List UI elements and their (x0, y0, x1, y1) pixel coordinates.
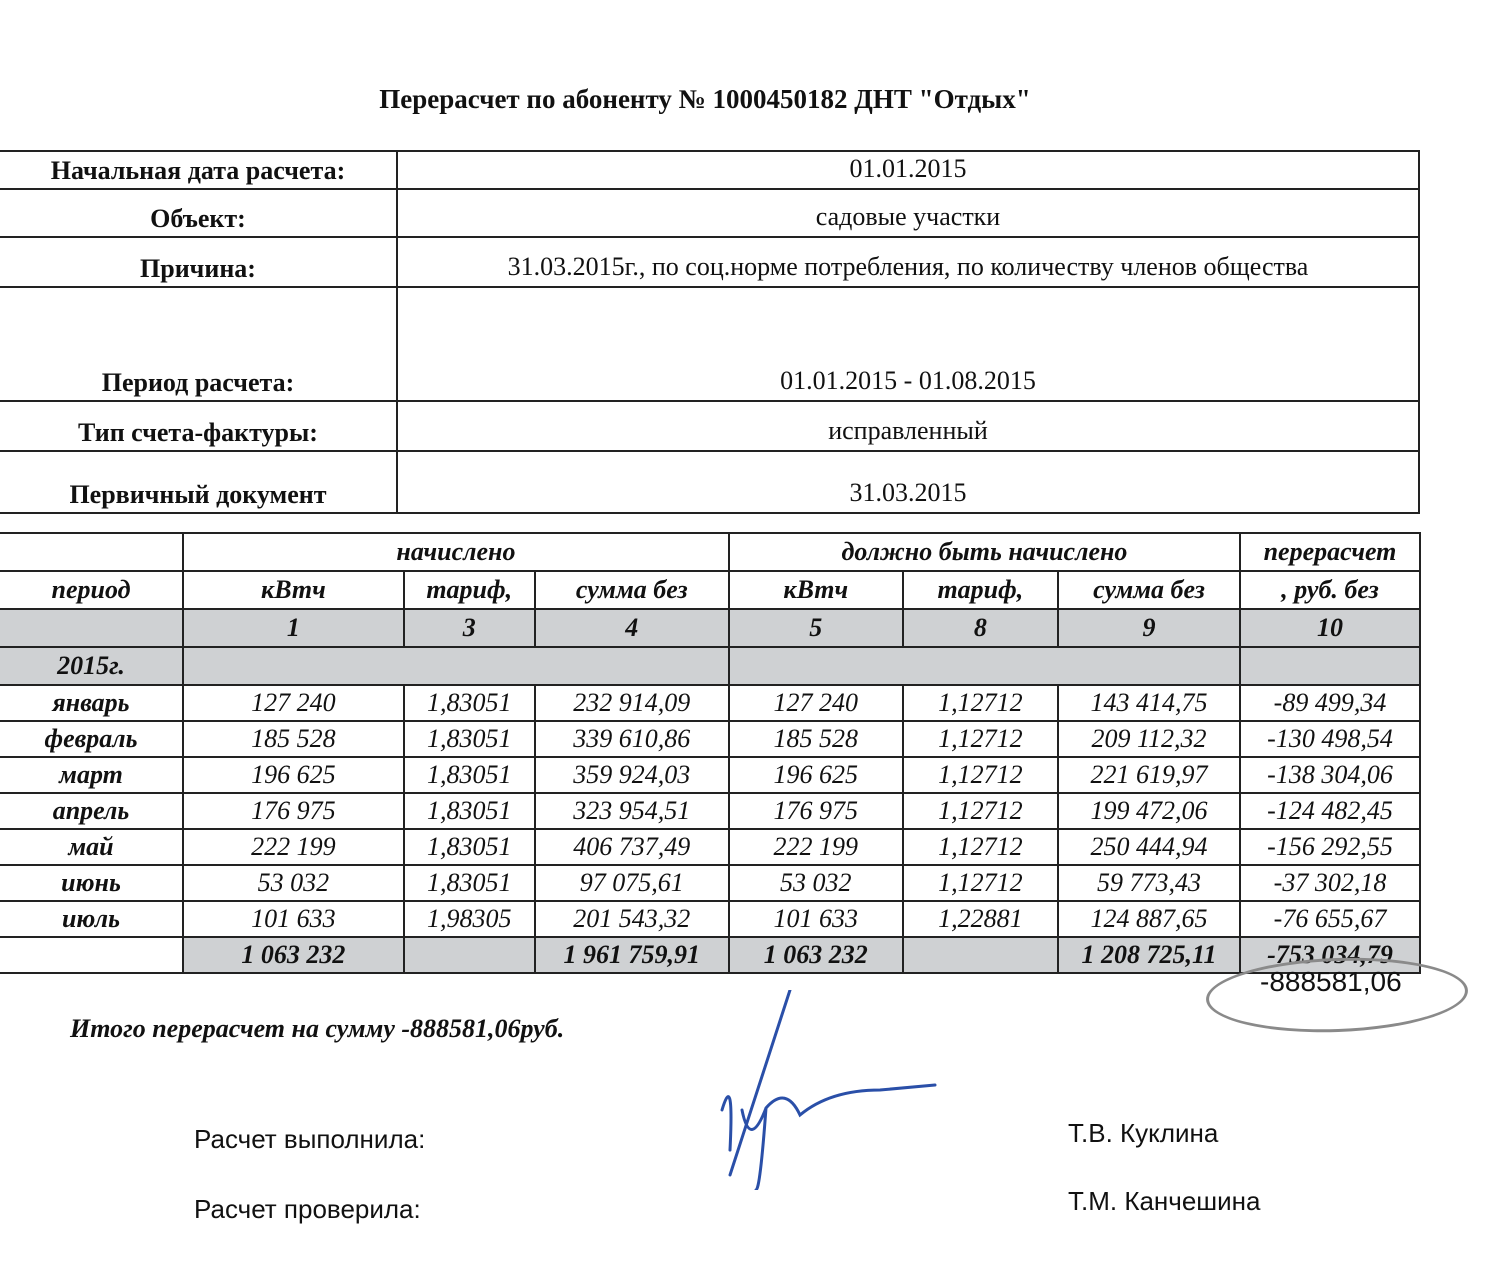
year-label: 2015г. (0, 647, 183, 685)
header-empty (0, 533, 183, 571)
cell-tariff2: 1,22881 (903, 901, 1058, 937)
cell-sum: 323 954,51 (535, 793, 729, 829)
header-recalc-unit: , руб. без (1240, 571, 1420, 609)
cell-tariff2: 1,12712 (903, 721, 1058, 757)
year-row: 2015г. (0, 647, 1420, 685)
cell-recalc: -156 292,55 (1240, 829, 1420, 865)
row-period: май (0, 829, 183, 865)
cell-tariff2: 1,12712 (903, 865, 1058, 901)
table-row: май222 1991,83051406 737,49222 1991,1271… (0, 829, 1420, 865)
cell-recalc: -130 498,54 (1240, 721, 1420, 757)
cell-kwh: 53 032 (183, 865, 404, 901)
cell-sum: 201 543,32 (535, 901, 729, 937)
cell-recalc: -124 482,45 (1240, 793, 1420, 829)
info-table: Начальная дата расчета: 01.01.2015 Объек… (0, 150, 1420, 514)
header-kwh: кВтч (183, 571, 404, 609)
table-row: июнь53 0321,8305197 075,6153 0321,127125… (0, 865, 1420, 901)
cell-sum2: 199 472,06 (1058, 793, 1240, 829)
year-filler (729, 647, 1240, 685)
info-label: Тип счета-фактуры: (0, 401, 397, 451)
column-number: 8 (903, 609, 1058, 647)
cell-tariff: 1,83051 (404, 829, 535, 865)
info-value: 01.01.2015 (397, 151, 1419, 189)
row-period: апрель (0, 793, 183, 829)
column-number: 4 (535, 609, 729, 647)
row-period: июль (0, 901, 183, 937)
cell-kwh: 185 528 (183, 721, 404, 757)
header-period: период (0, 571, 183, 609)
cell-kwh2: 222 199 (729, 829, 903, 865)
cell-sum: 232 914,09 (535, 685, 729, 721)
header-charged: начислено (183, 533, 729, 571)
cell-kwh2: 101 633 (729, 901, 903, 937)
cell-sum: 359 924,03 (535, 757, 729, 793)
cell-sum2: 209 112,32 (1058, 721, 1240, 757)
header-recalc: перерасчет (1240, 533, 1420, 571)
cell-kwh: 176 975 (183, 793, 404, 829)
column-number: 1 (183, 609, 404, 647)
cell-tariff: 1,83051 (404, 865, 535, 901)
cell-tariff2: 1,12712 (903, 757, 1058, 793)
info-row-object: Объект: садовые участки (0, 189, 1419, 237)
cell-sum2: 143 414,75 (1058, 685, 1240, 721)
column-number: 5 (729, 609, 903, 647)
header-column-row: период кВтч тариф, сумма без кВтч тариф,… (0, 571, 1420, 609)
cell-tariff2: 1,12712 (903, 685, 1058, 721)
header-should-be-charged: должно быть начислено (729, 533, 1240, 571)
header-tariff: тариф, (404, 571, 535, 609)
info-row-invoice-type: Тип счета-фактуры: исправленный (0, 401, 1419, 451)
table-row: март196 6251,83051359 924,03196 6251,127… (0, 757, 1420, 793)
cell-kwh: 101 633 (183, 901, 404, 937)
table-row: июль101 6331,98305201 543,32101 6331,228… (0, 901, 1420, 937)
table-row: февраль185 5281,83051339 610,86185 5281,… (0, 721, 1420, 757)
info-row-start-date: Начальная дата расчета: 01.01.2015 (0, 151, 1419, 189)
cell-tariff: 1,83051 (404, 685, 535, 721)
signature-icon (690, 990, 950, 1190)
table-row: январь127 2401,83051232 914,09127 2401,1… (0, 685, 1420, 721)
summary-total: Итого перерасчет на сумму -888581,06руб. (70, 1014, 564, 1044)
total-tariff-empty (404, 937, 535, 973)
total-kwh2: 1 063 232 (729, 937, 903, 973)
table-row: апрель176 9751,83051323 954,51176 9751,1… (0, 793, 1420, 829)
cell-kwh2: 127 240 (729, 685, 903, 721)
cell-sum2: 124 887,65 (1058, 901, 1240, 937)
cell-tariff: 1,98305 (404, 901, 535, 937)
info-value: 31.03.2015г., по соц.норме потребления, … (397, 237, 1419, 287)
info-value: 01.01.2015 - 01.08.2015 (397, 287, 1419, 401)
cell-recalc: -76 655,67 (1240, 901, 1420, 937)
signature-label-performed: Расчет выполнила: (194, 1124, 425, 1155)
cell-tariff: 1,83051 (404, 757, 535, 793)
cell-sum: 97 075,61 (535, 865, 729, 901)
cell-tariff2: 1,12712 (903, 793, 1058, 829)
info-row-reason: Причина: 31.03.2015г., по соц.норме потр… (0, 237, 1419, 287)
info-label: Причина: (0, 237, 397, 287)
column-number: 3 (404, 609, 535, 647)
cell-sum: 406 737,49 (535, 829, 729, 865)
year-filler (183, 647, 729, 685)
year-filler (1240, 647, 1420, 685)
signature-label-checked: Расчет проверила: (194, 1194, 421, 1225)
header-sum2: сумма без (1058, 571, 1240, 609)
column-number: 10 (1240, 609, 1420, 647)
total-kwh: 1 063 232 (183, 937, 404, 973)
column-number-empty (0, 609, 183, 647)
row-period: март (0, 757, 183, 793)
column-number: 9 (1058, 609, 1240, 647)
totals-label (0, 937, 183, 973)
column-number-row: 1 3 4 5 8 9 10 (0, 609, 1420, 647)
cell-kwh: 222 199 (183, 829, 404, 865)
recalc-table: начислено должно быть начислено перерасч… (0, 532, 1421, 974)
document-title: Перерасчет по абоненту № 1000450182 ДНТ … (0, 84, 1410, 115)
cell-kwh: 196 625 (183, 757, 404, 793)
cell-sum2: 59 773,43 (1058, 865, 1240, 901)
info-label: Первичный документ (0, 451, 397, 513)
header-kwh2: кВтч (729, 571, 903, 609)
info-row-period: Период расчета: 01.01.2015 - 01.08.2015 (0, 287, 1419, 401)
cell-sum2: 250 444,94 (1058, 829, 1240, 865)
cell-tariff2: 1,12712 (903, 829, 1058, 865)
cell-kwh2: 176 975 (729, 793, 903, 829)
total-sum: 1 961 759,91 (535, 937, 729, 973)
cell-kwh2: 185 528 (729, 721, 903, 757)
cell-kwh: 127 240 (183, 685, 404, 721)
cell-tariff: 1,83051 (404, 721, 535, 757)
signature-name-checked: Т.М. Канчешина (1068, 1186, 1261, 1217)
info-value: садовые участки (397, 189, 1419, 237)
cell-tariff: 1,83051 (404, 793, 535, 829)
handwritten-total: -888581,06 (1260, 966, 1402, 998)
cell-sum2: 221 619,97 (1058, 757, 1240, 793)
cell-sum: 339 610,86 (535, 721, 729, 757)
info-value: исправленный (397, 401, 1419, 451)
total-tariff2-empty (903, 937, 1058, 973)
row-period: февраль (0, 721, 183, 757)
info-label: Объект: (0, 189, 397, 237)
info-label: Начальная дата расчета: (0, 151, 397, 189)
cell-recalc: -138 304,06 (1240, 757, 1420, 793)
row-period: январь (0, 685, 183, 721)
cell-recalc: -37 302,18 (1240, 865, 1420, 901)
header-tariff2: тариф, (903, 571, 1058, 609)
cell-recalc: -89 499,34 (1240, 685, 1420, 721)
info-value: 31.03.2015 (397, 451, 1419, 513)
cell-kwh2: 196 625 (729, 757, 903, 793)
header-group-row: начислено должно быть начислено перерасч… (0, 533, 1420, 571)
total-sum2: 1 208 725,11 (1058, 937, 1240, 973)
header-sum: сумма без (535, 571, 729, 609)
totals-row: 1 063 232 1 961 759,91 1 063 232 1 208 7… (0, 937, 1420, 973)
row-period: июнь (0, 865, 183, 901)
info-row-primary-document: Первичный документ 31.03.2015 (0, 451, 1419, 513)
cell-kwh2: 53 032 (729, 865, 903, 901)
signature-name-performed: Т.В. Куклина (1068, 1118, 1218, 1149)
info-label: Период расчета: (0, 287, 397, 401)
